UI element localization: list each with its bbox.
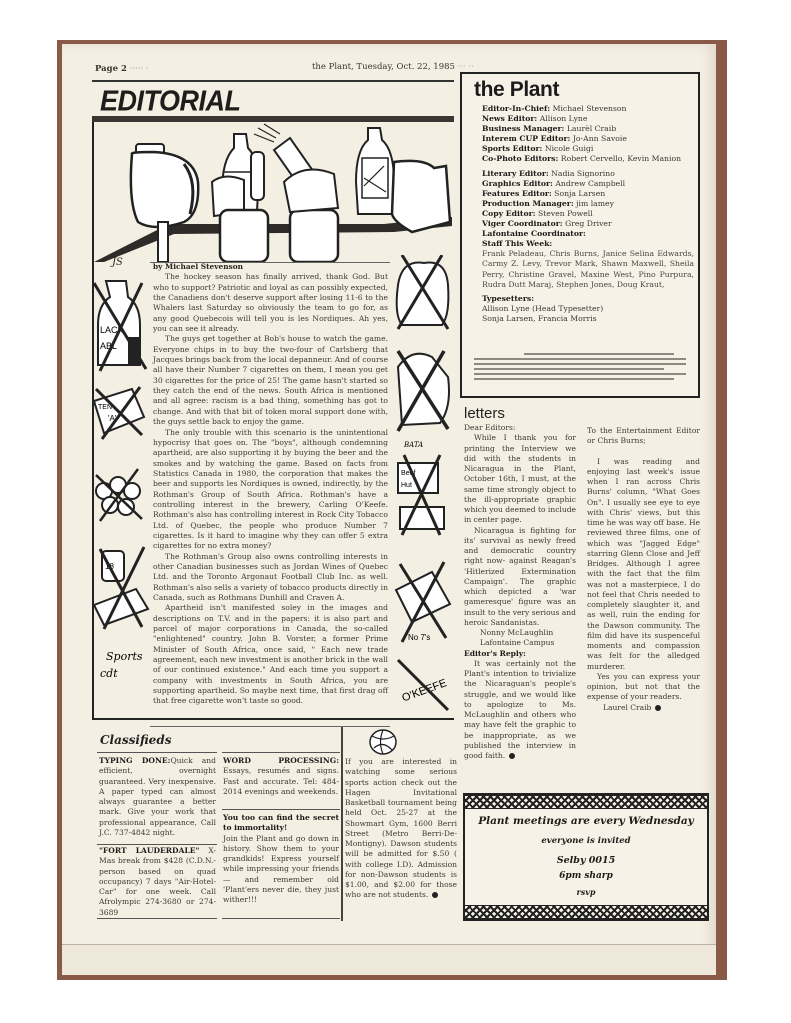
classifieds-title: Classifieds xyxy=(100,733,171,747)
classifieds-rule xyxy=(97,752,217,753)
seat-icon xyxy=(220,210,268,262)
role-copy-editor: Copy Editor: Steven Powell xyxy=(482,209,694,219)
role-business-manager: Business Manager: Laurèl Craib xyxy=(482,124,694,134)
ad-divider xyxy=(222,809,340,810)
masthead-roles: Editor-In-Chief: Michael Stevenson News … xyxy=(482,104,694,324)
braid-border-top xyxy=(465,795,707,809)
svg-text:cdt: cdt xyxy=(100,667,118,680)
dateline-marks: ··· ·· xyxy=(458,62,474,72)
role-sports-editor: Sports Editor: Nicole Guigi xyxy=(482,144,694,154)
ad-word-processing: WORD PROCESSING: Essays, resumés and sig… xyxy=(223,756,339,797)
role-features-editor: Features Editor: Sonja Larsen xyxy=(482,189,694,199)
typesetter-others: Sonja Larsen, Francia Morris xyxy=(482,314,694,324)
editorial-paragraph: The guys get together at Bob's house to … xyxy=(153,334,388,427)
ad-bottom-rule xyxy=(222,918,340,919)
editorial-paragraph: The only trouble with this scenario is t… xyxy=(153,428,388,552)
editor-reply: It was certainly not the Plant's intenti… xyxy=(464,659,576,762)
role-news-editor: News Editor: Allison Lyne xyxy=(482,114,694,124)
svg-text:Hut: Hut xyxy=(401,482,412,489)
dateline: the Plant, Tuesday, Oct. 22, 1985 ··· ·· xyxy=(312,62,474,72)
typesetters-label: Typesetters: xyxy=(482,294,694,304)
letter1-signature: Nonny McLaughlin xyxy=(464,628,576,638)
letter1-paragraph: Nicaragua is fighting for its' survival … xyxy=(464,526,576,629)
ad-bottom-rule xyxy=(97,918,217,919)
ad-basketball: If you are interested in watching some s… xyxy=(345,757,457,901)
byline: by Michael Stevenson xyxy=(153,262,388,272)
classifieds-rule-2 xyxy=(222,752,340,753)
letter1-paragraph: While I thank you for printing the Inter… xyxy=(464,433,576,525)
role-graphics-editor: Graphics Editor: Andrew Campbell xyxy=(482,179,694,189)
restaurant-sign-crossed-icon: Beef Hut xyxy=(398,455,444,535)
header-rule xyxy=(92,80,454,82)
film-rolls-crossed-icon xyxy=(96,469,142,521)
svg-text:TEN: TEN xyxy=(98,404,112,411)
seat-icon xyxy=(290,210,338,262)
page-marks: ····· · xyxy=(130,64,149,74)
meeting-notice: Plant meetings are every Wednesday every… xyxy=(463,793,709,921)
ad-fort-lauderdale: "FORT LAUDERDALE" X-Mas break from $428 … xyxy=(99,846,216,918)
staff-list: Frank Peladeau, Chris Burns, Janice Seli… xyxy=(482,249,694,289)
masthead-title: the Plant xyxy=(474,78,559,102)
ad-immortality: You too can find the secret to immortali… xyxy=(223,813,339,905)
editor-reply-label: Editor's Reply: xyxy=(464,649,576,659)
notice-line: rsvp xyxy=(465,887,707,897)
role-editor-in-chief: Editor-In-Chief: Michael Stevenson xyxy=(482,104,694,114)
sports-signature: Sports xyxy=(106,650,143,663)
letter1-salutation: Dear Editors: xyxy=(464,423,576,433)
masthead-box: the Plant Editor-In-Chief: Michael Steve… xyxy=(460,72,700,398)
basketball-icon xyxy=(368,728,398,756)
page-fold xyxy=(62,944,716,975)
role-lafontaine-coordinator: Lafontaine Coordinator: xyxy=(482,229,694,239)
liquor-bottle-icon xyxy=(356,128,450,232)
right-margin-drawings: BATA Beef Hut No 7's O'KEEFE xyxy=(392,255,454,715)
role-cup-editor: Interem CUP Editor: Jo-Ann Savoie xyxy=(482,134,694,144)
cake-crossed-icon: 18 xyxy=(94,547,148,629)
cigarette-box-crossed-icon: No 7's O'KEEFE xyxy=(396,562,450,710)
role-photo-editors: Co-Photo Editors: Robert Cervello, Kevin… xyxy=(482,154,682,164)
editorial-paragraph: The hockey season has finally arrived, t… xyxy=(153,272,388,334)
svg-text:No 7's: No 7's xyxy=(408,633,430,642)
beer-bottle-crossed-icon: LACK ABL xyxy=(94,281,146,371)
end-mark-icon xyxy=(655,705,661,711)
braid-border-bottom xyxy=(465,905,707,919)
letter2-signature: Laurel Craib xyxy=(587,703,700,713)
cartoon-illustration xyxy=(94,122,452,262)
ad-divider xyxy=(97,844,217,845)
letter-2: To the Entertainment Editor or Chris Bur… xyxy=(587,426,700,713)
fine-print-block xyxy=(474,350,686,392)
ad-typing: TYPING DONE:Quick and efficient, overnig… xyxy=(99,756,216,838)
editorial-paragraph: The Rothman's Group also owns controllin… xyxy=(153,552,388,604)
page-label: Page 2 xyxy=(95,64,127,74)
staff-label: Staff This Week: xyxy=(482,239,694,249)
bread-crossed-icon xyxy=(397,255,449,329)
page-number: Page 2 ····· · xyxy=(95,64,149,74)
editorial-bottom-rule xyxy=(150,726,390,727)
cigarette-pack-icon xyxy=(254,124,338,212)
left-margin-drawings: LACK ABL TEN 'A' 18 Sports cdt xyxy=(92,275,152,695)
letter2-salutation: To the Entertainment Editor or Chris Bur… xyxy=(587,426,700,447)
letter-1: Dear Editors: While I thank you for prin… xyxy=(464,423,576,761)
role-viger-coordinator: Viger Coordinator: Greg Driver xyxy=(482,219,694,229)
end-mark-icon xyxy=(509,753,515,759)
end-mark-icon xyxy=(432,892,438,898)
notice-line: Plant meetings are every Wednesday xyxy=(465,815,707,827)
letter2-paragraph: I was reading and enjoying last week's i… xyxy=(587,457,700,672)
column-divider xyxy=(341,727,343,921)
role-literary-editor: Literary Editor: Nadia Signorino xyxy=(482,169,694,179)
editorial-paragraph: Apartheid isn't manifested soley in the … xyxy=(153,603,388,706)
editorial-title: EDITORIAL xyxy=(100,85,241,118)
cartoon-initials: JS xyxy=(112,257,123,268)
shoe-crossed-icon: BATA xyxy=(398,351,449,449)
notice-line: 6pm sharp xyxy=(465,871,707,881)
role-production-manager: Production Manager: jim lamey xyxy=(482,199,694,209)
letters-title: letters xyxy=(464,405,505,422)
cigarette-pack-crossed-icon: TEN 'A' xyxy=(94,387,144,439)
dateline-text: the Plant, Tuesday, Oct. 22, 1985 xyxy=(312,62,455,72)
letter1-campus: Lafontaine Campus xyxy=(464,638,576,648)
notice-line: everyone is invited xyxy=(465,836,707,846)
letter2-paragraph: Yes you can express your opinion, but no… xyxy=(587,672,700,703)
typesetter-head: Allison Lyne (Head Typesetter) xyxy=(482,304,694,314)
svg-text:O'KEEFE: O'KEEFE xyxy=(400,677,448,704)
svg-text:BATA: BATA xyxy=(403,441,423,449)
notice-line: Selby 0015 xyxy=(465,855,707,866)
editorial-body: by Michael Stevenson The hockey season h… xyxy=(153,262,388,707)
